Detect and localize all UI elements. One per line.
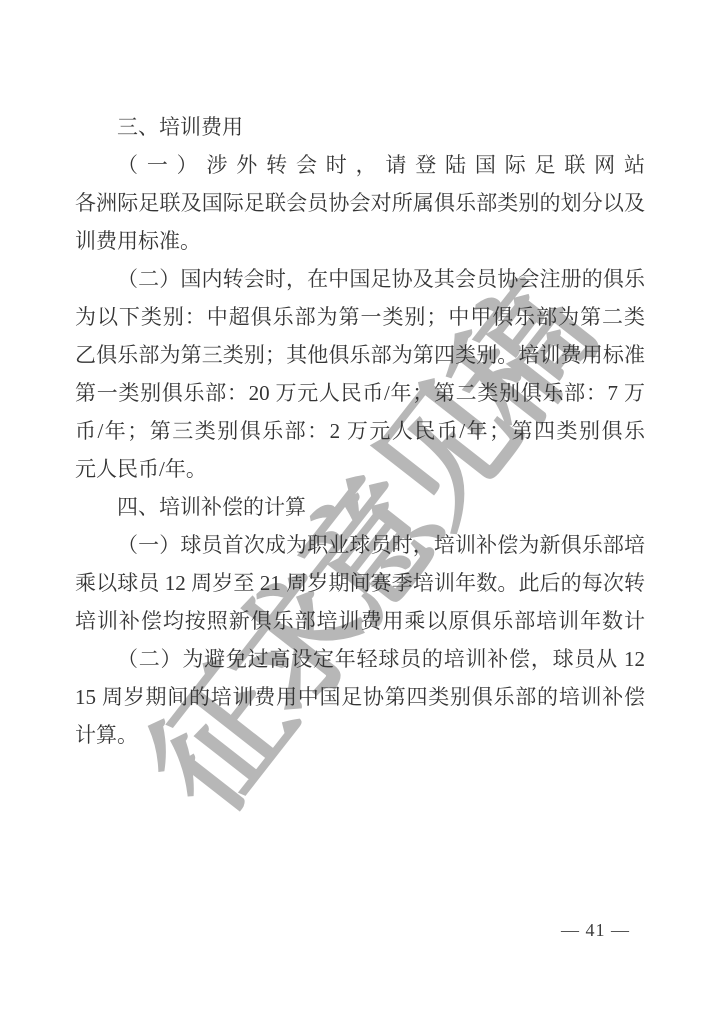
text-line: 乘以球员 12 周岁至 21 周岁期间赛季培训年数。此后的每次转会， — [75, 564, 645, 602]
document-page: 征求意见稿 三、培训费用（一）涉外转会时，请登陆国际足联网站（www.FIFA.… — [0, 0, 720, 1018]
text-line: 15 周岁期间的培训费用中国足协第四类别俱乐部的培训补偿标准 — [75, 678, 645, 716]
section-heading-line: 四、培训补偿的计算 — [75, 488, 645, 526]
text-line: （二）国内转会时，在中国足协及其会员协会注册的俱乐部划分 — [75, 260, 645, 298]
document-body: 三、培训费用（一）涉外转会时，请登陆国际足联网站（www.FIFA.com）查询… — [75, 108, 645, 754]
text-line: 币/年；第三类别俱乐部：2 万元人民币/年；第四类别俱乐部：1 万 — [75, 412, 645, 450]
text-line: （一）涉外转会时，请登陆国际足联网站（www.FIFA.com）查询 — [75, 146, 645, 184]
text-line: 第一类别俱乐部：20 万元人民币/年；第二类别俱乐部：7 万元人民 — [75, 374, 645, 412]
text-line: 各洲际足联及国际足联会员协会对所属俱乐部类别的划分以及培 — [75, 184, 645, 222]
text-line: 乙俱乐部为第三类别；其他俱乐部为第四类别。培训费用标准为： — [75, 336, 645, 374]
text-line: 为以下类别：中超俱乐部为第一类别；中甲俱乐部为第二类别；中 — [75, 298, 645, 336]
text-line: （一）球员首次成为职业球员时，培训补偿为新俱乐部培训费用 — [75, 526, 645, 564]
page-number: — 41 — — [561, 918, 630, 942]
text-line: （二）为避免过高设定年轻球员的培训补偿，球员从 12 周岁至 — [75, 640, 645, 678]
section-heading-line: 三、培训费用 — [75, 108, 645, 146]
text-line: 培训补偿均按照新俱乐部培训费用乘以原俱乐部培训年数计算。 — [75, 602, 645, 640]
text-line: 训费用标准。 — [75, 222, 645, 260]
text-line: 元人民币/年。 — [75, 450, 645, 488]
text-line: 计算。 — [75, 716, 645, 754]
